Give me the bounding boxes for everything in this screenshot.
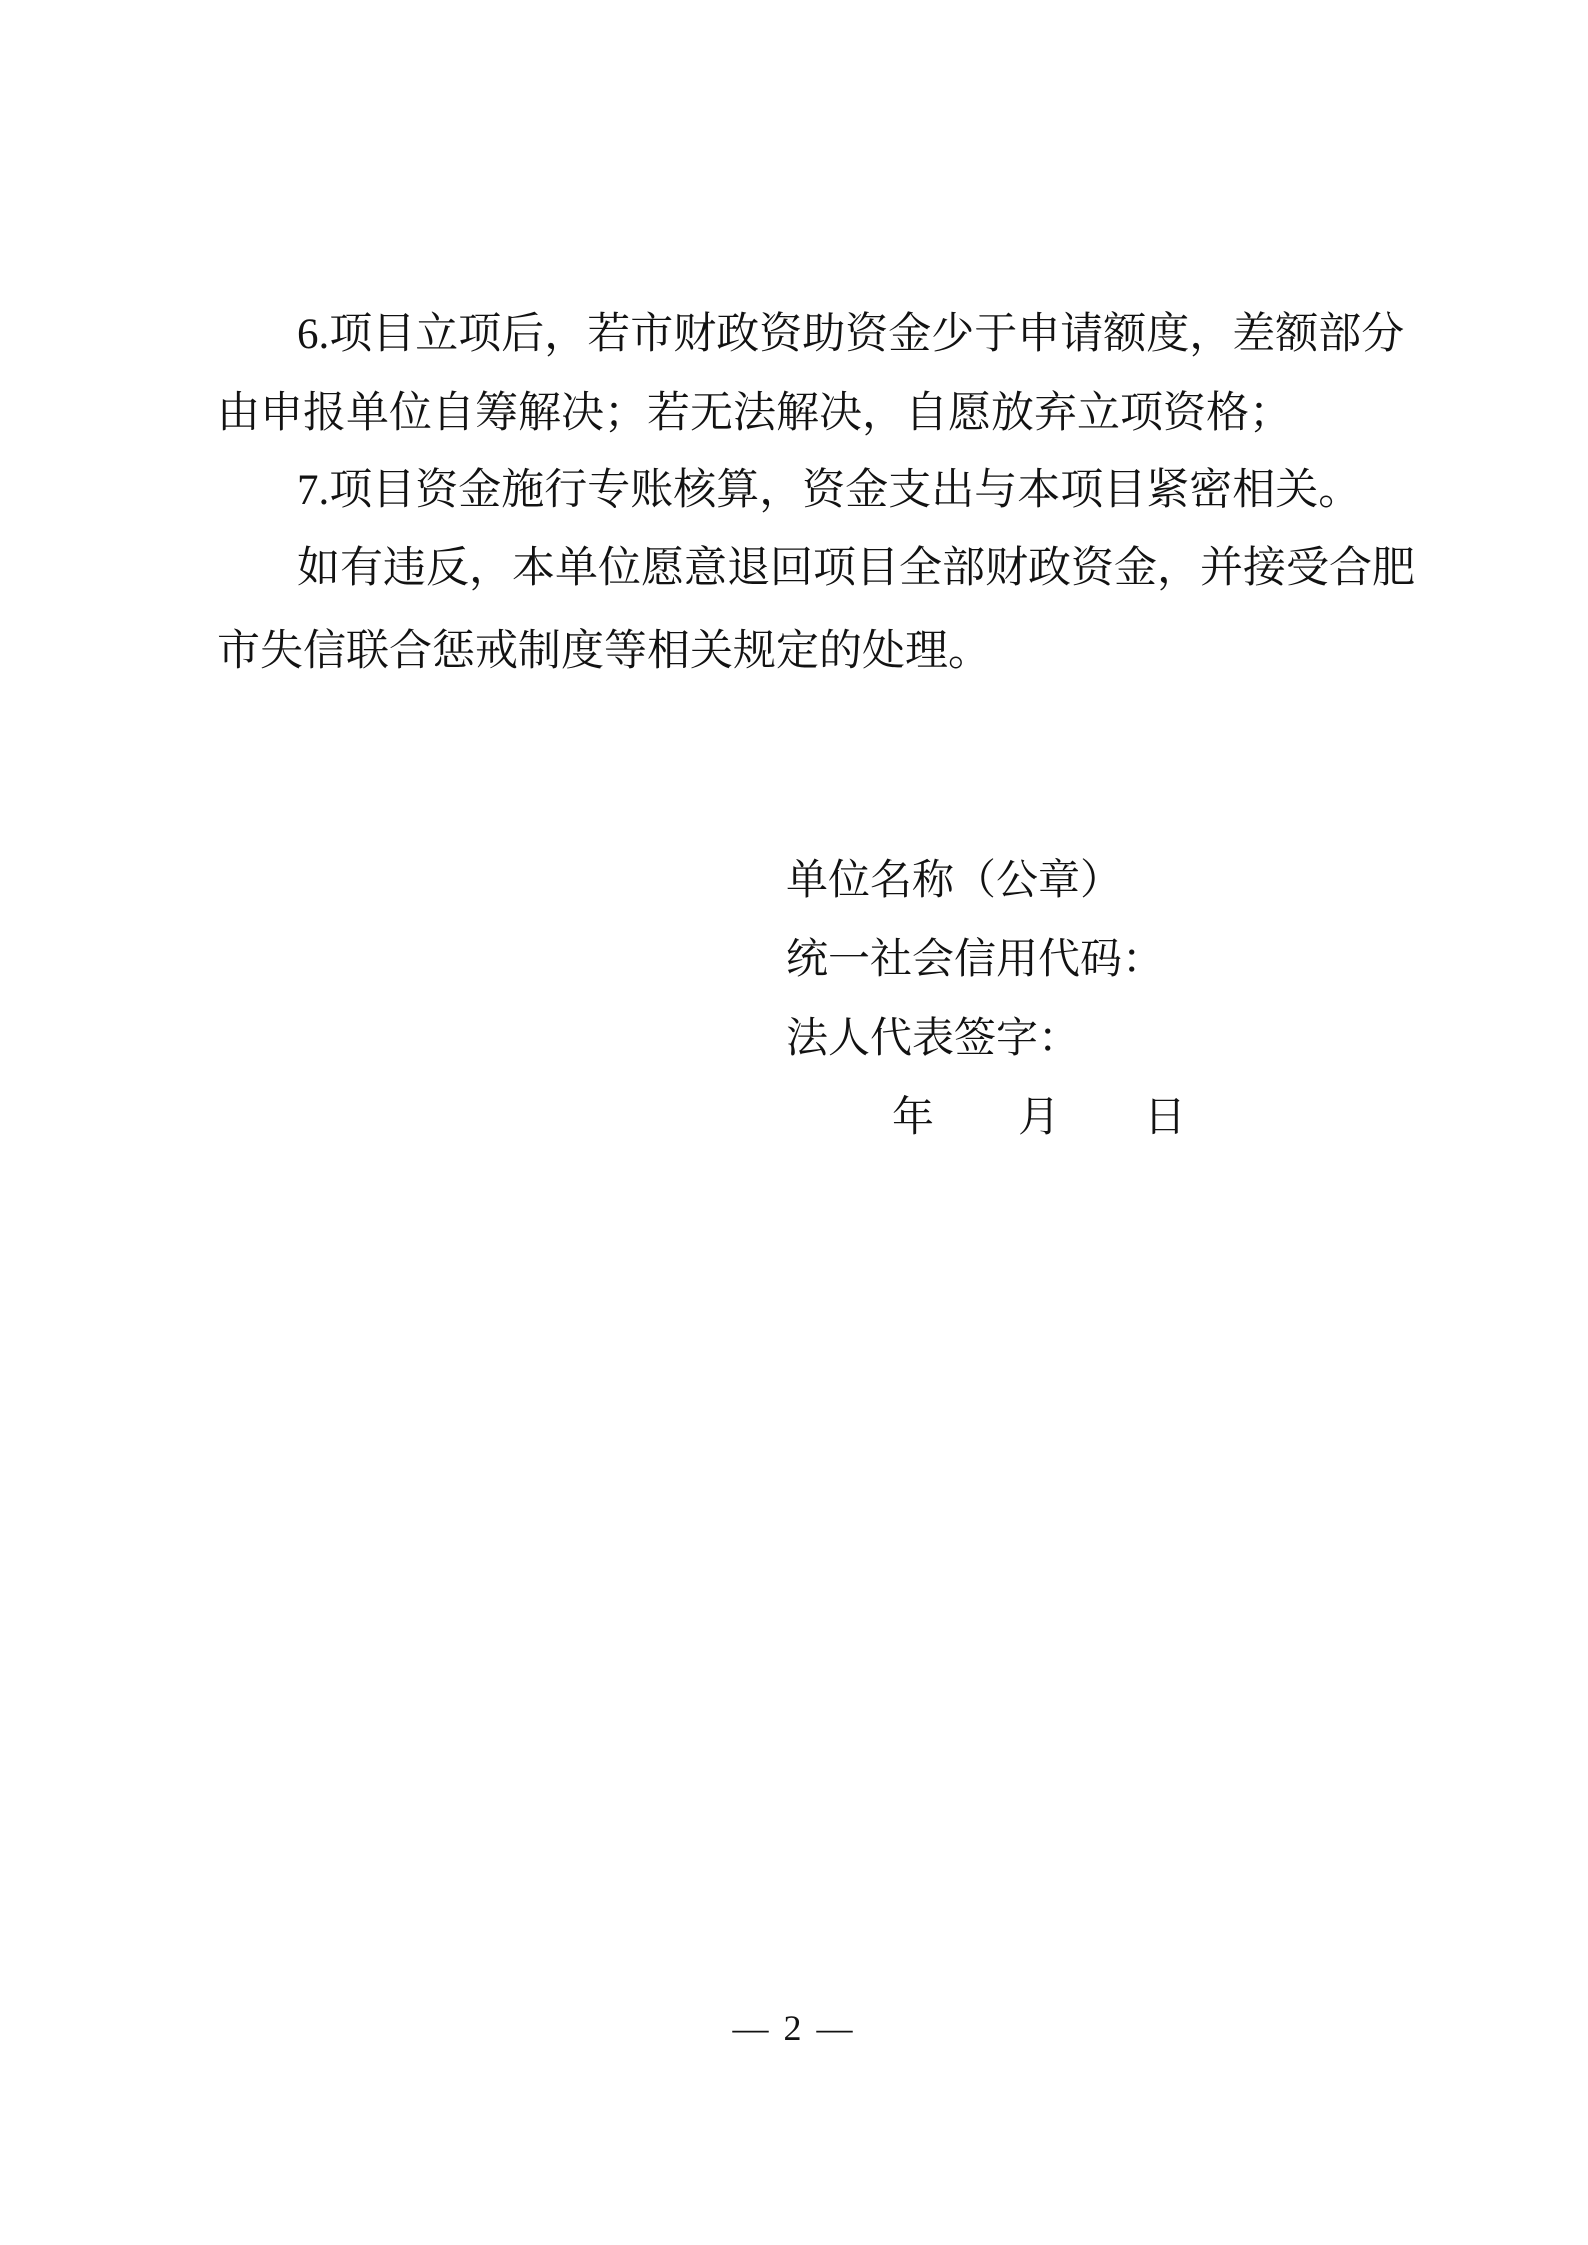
signature-legal-representative-label: 法人代表签字： [786, 1016, 1080, 1062]
signature-date-line: 年 月 日 [892, 1095, 1186, 1141]
signature-credit-code-label: 统一社会信用代码： [786, 937, 1164, 983]
document-page: 6.项目立项后，若市财政资助资金少于申请额度，差额部分 由申报单位自筹解决；若无… [0, 0, 1588, 2245]
body-line-clause-6-end: 由申报单位自筹解决；若无法解决，自愿放弃立项资格； [217, 391, 1292, 437]
body-line-clause-7: 7.项目资金施行专账核算，资金支出与本项目紧密相关。 [217, 468, 1361, 514]
body-line-violation-end: 市失信联合惩戒制度等相关规定的处理。 [217, 629, 991, 675]
body-line-violation-start: 如有违反，本单位愿意退回项目全部财政资金，并接受合肥 [217, 546, 1415, 592]
body-line-clause-6-start: 6.项目立项后，若市财政资助资金少于申请额度，差额部分 [217, 312, 1404, 358]
page-number: — 2 — [0, 2008, 1588, 2048]
signature-unit-name-label: 单位名称（公章） [786, 858, 1122, 904]
